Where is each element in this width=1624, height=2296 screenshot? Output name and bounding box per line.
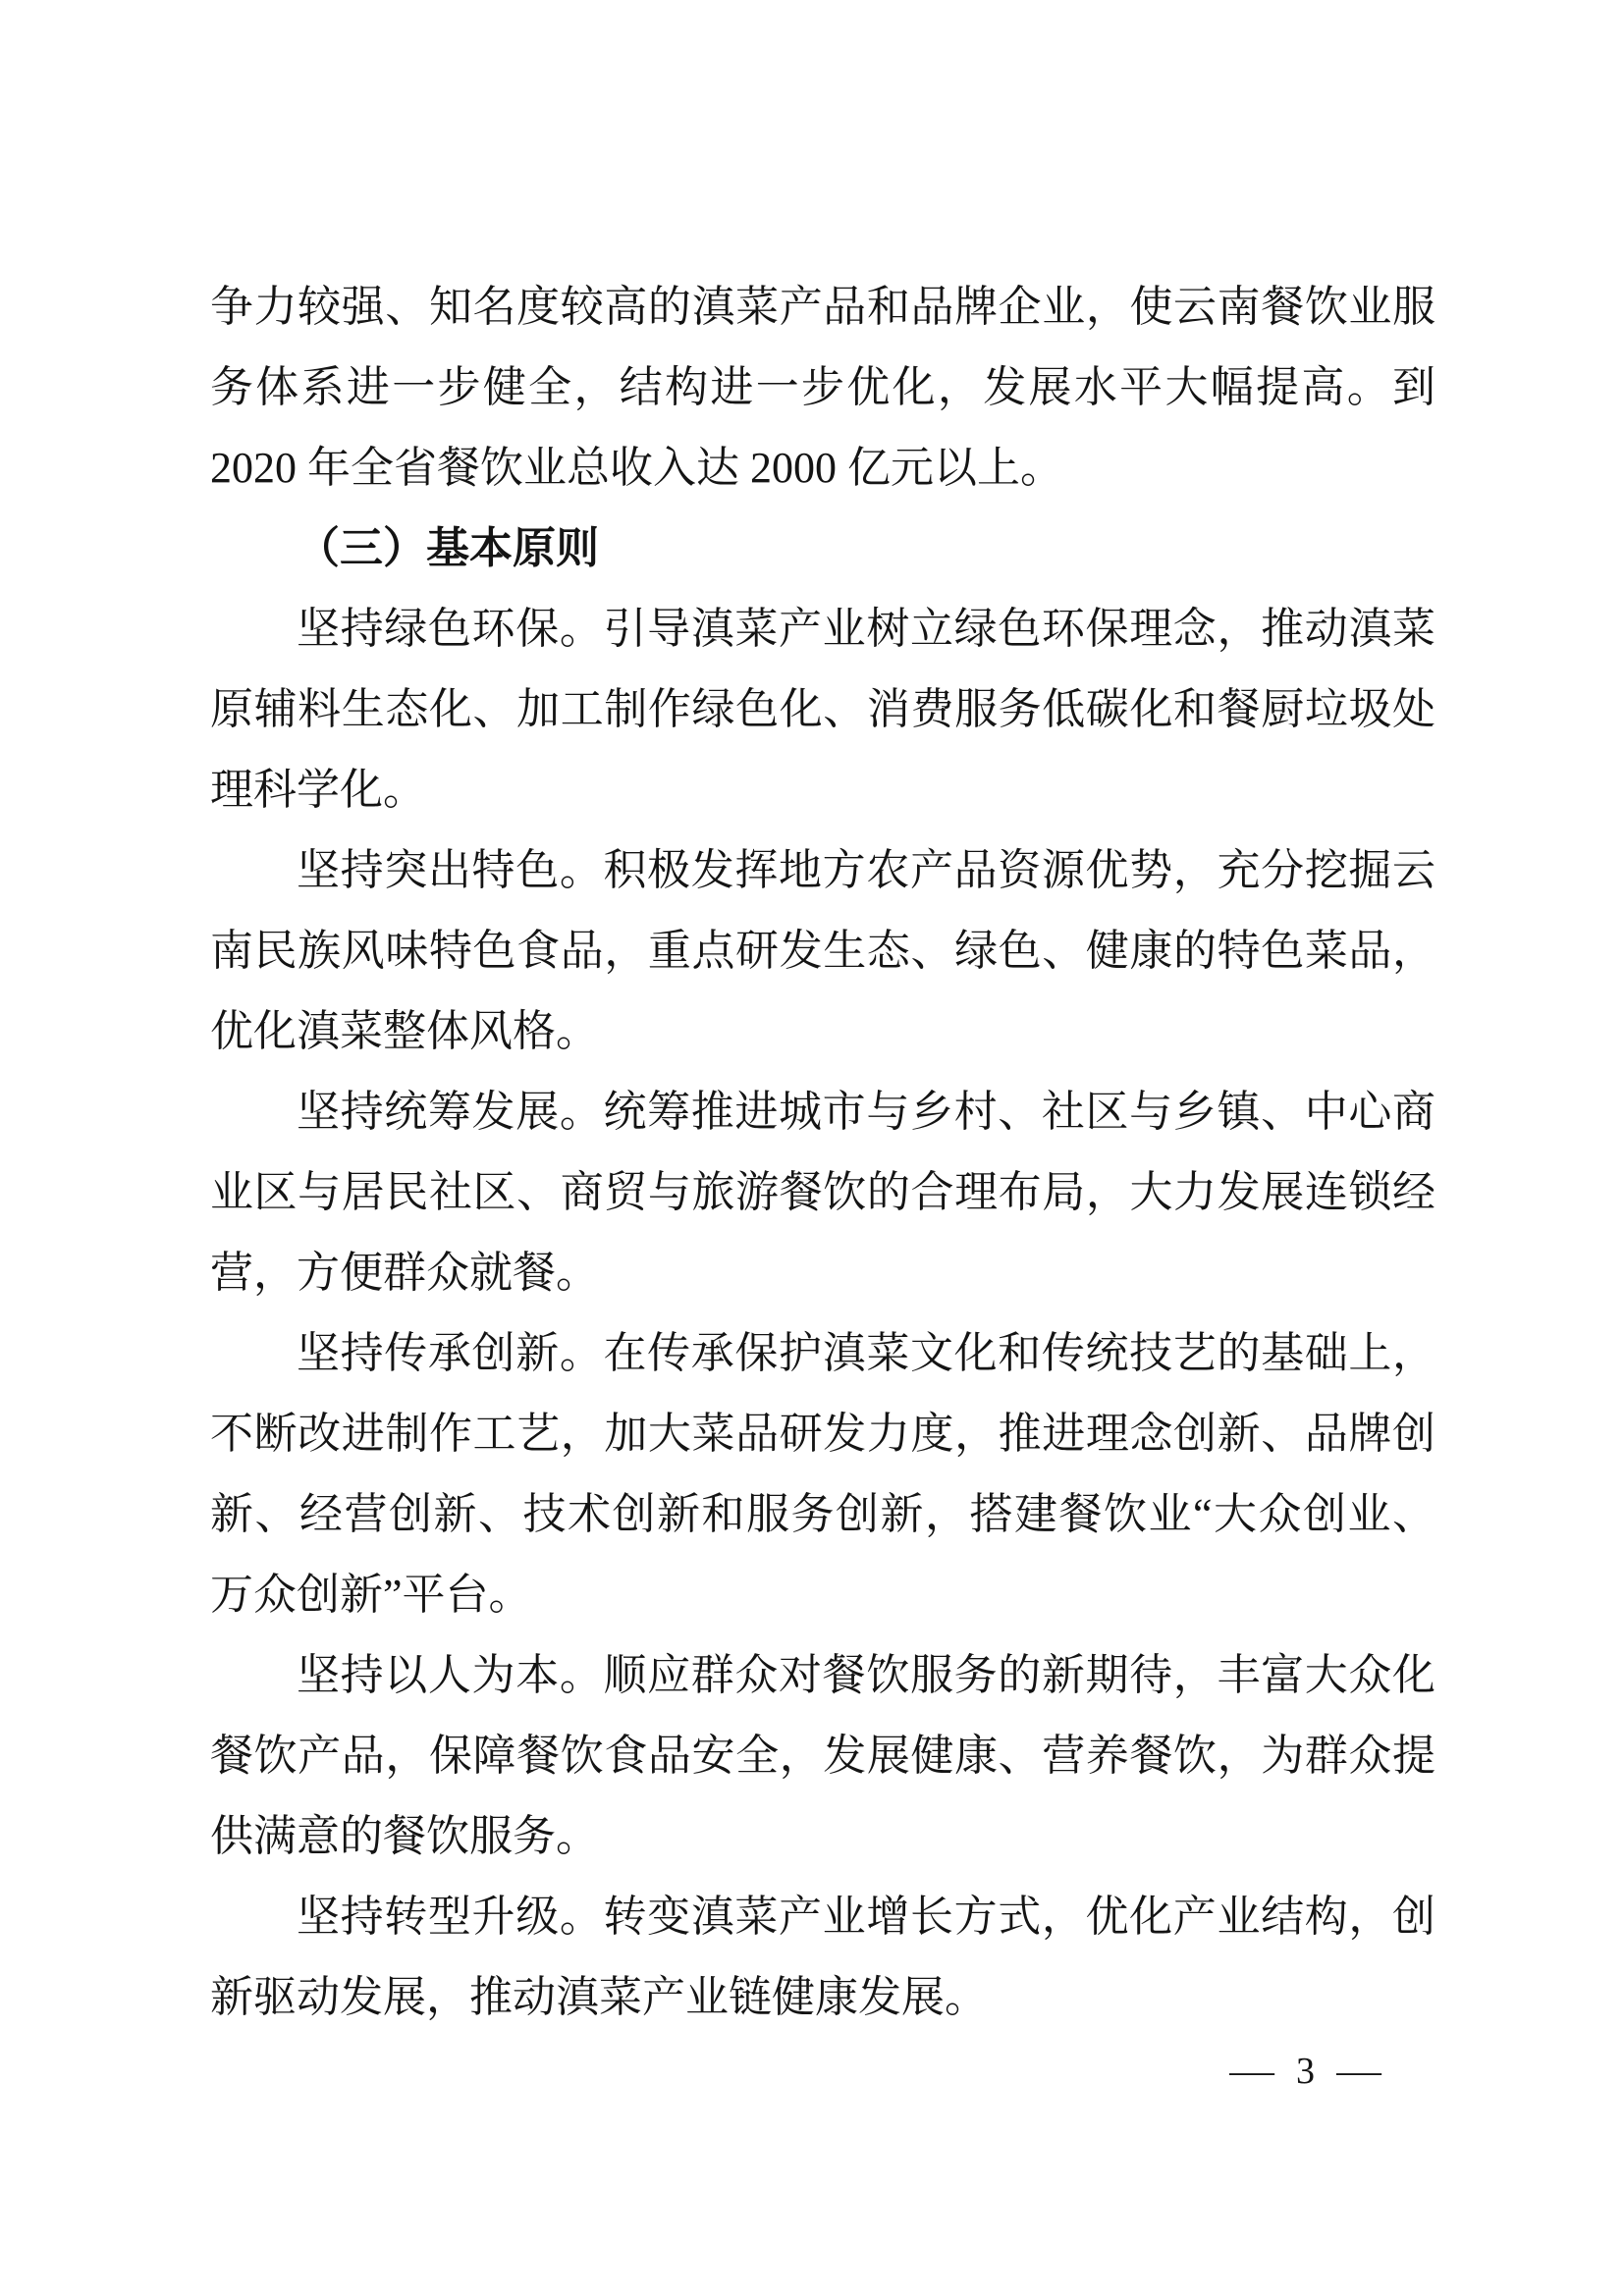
body-paragraph: 坚持转型升级。转变滇菜产业增长方式，优化产业结构，创新驱动发展，推动滇菜产业链健… [210,1877,1435,2038]
footer-dash-left: — [1229,2050,1274,2093]
page-footer: — 3 — [1233,2048,1378,2095]
page-number: 3 [1296,2050,1315,2093]
body-paragraph: 坚持以人为本。顺应群众对餐饮服务的新期待，丰富大众化餐饮产品，保障餐饮食品安全，… [210,1635,1435,1877]
document-body: 争力较强、知名度较高的滇菜产品和品牌企业，使云南餐饮业服务体系进一步健全，结构进… [210,267,1435,2038]
footer-dash-right: — [1336,2050,1381,2093]
body-paragraph: 争力较强、知名度较高的滇菜产品和品牌企业，使云南餐饮业服务体系进一步健全，结构进… [210,267,1435,508]
body-paragraph: 坚持绿色环保。引导滇菜产业树立绿色环保理念，推动滇菜原辅料生态化、加工制作绿色化… [210,589,1435,830]
document-page: 争力较强、知名度较高的滇菜产品和品牌企业，使云南餐饮业服务体系进一步健全，结构进… [0,0,1624,2296]
body-paragraph: 坚持突出特色。积极发挥地方农产品资源优势，充分挖掘云南民族风味特色食品，重点研发… [210,830,1435,1072]
body-paragraph: 坚持传承创新。在传承保护滇菜文化和传统技艺的基础上，不断改进制作工艺，加大菜品研… [210,1313,1435,1635]
body-paragraph: 坚持统筹发展。统筹推进城市与乡村、社区与乡镇、中心商业区与居民社区、商贸与旅游餐… [210,1072,1435,1313]
section-heading: （三）基本原则 [210,508,1435,589]
